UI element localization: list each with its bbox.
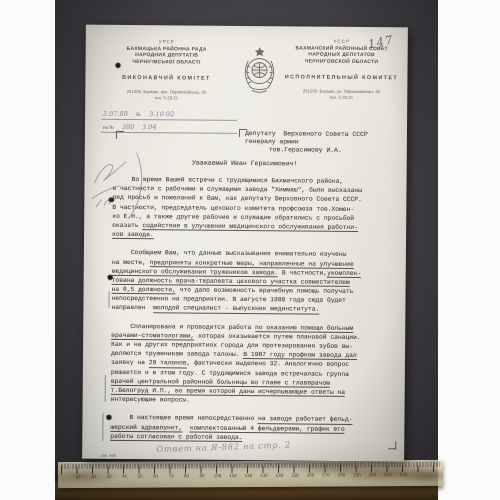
ruler-number: 110	[229, 473, 236, 478]
ruler-number: 120	[245, 473, 253, 478]
letterhead-phone-right: тел. 5-28-21	[279, 94, 403, 100]
addressee-block: Депутату Верховного Совета СССР генералу…	[245, 130, 368, 154]
paragraph: Спланирована и проводится работа по оказ…	[111, 321, 386, 406]
letterhead-left: УРСР БАХМАЦЬКА РАЙОННА РАДА НАРОДНИХ ДЕП…	[91, 39, 242, 101]
scan-margin-right	[438, 0, 500, 500]
letterhead-phone-left: тел. 5-28-21	[91, 94, 241, 101]
ref-date-handwritten: 5.07.88	[103, 110, 128, 118]
ruler-number: 180	[338, 472, 346, 477]
pencil-margin-line	[105, 375, 106, 402]
letterhead-committee-left: ВИКОНАВЧИЙ КОМІТЕТ	[91, 75, 241, 82]
pencil-margin-line	[102, 413, 103, 441]
ref-line-date: 5.07.88 № 3-10-92	[101, 107, 237, 121]
salutation: Уважаемый Иван Герасимович!	[145, 159, 345, 168]
coat-of-arms-icon	[242, 46, 276, 96]
letter-document: 147 УРСР БАХМАЦЬКА РАЙОННА РАДА НАРОДНИХ…	[82, 25, 408, 462]
ruler-number: 10	[75, 474, 80, 479]
addressee-line: тов.Герасимову И.А.	[245, 146, 368, 155]
ruler-number: 150	[291, 473, 299, 478]
ruler-number: 30	[106, 474, 111, 479]
pencil-margin-line	[108, 291, 109, 308]
page-corner-mark	[388, 441, 396, 449]
paragraph: Сообщаем Вам, что данные высказывания вн…	[111, 248, 386, 315]
letterhead-right: УССР БАХМАЧСКИЙ РАЙОННЫЙ СОВЕТ НАРОДНЫХ …	[279, 38, 404, 100]
ruler-number: 80	[184, 473, 189, 478]
photo-background: 1020304050607080901001101201301401501601…	[0, 0, 500, 500]
paragraph: В настоящее время непосредственно на зав…	[110, 413, 384, 443]
ref-number-handwritten: 3-10-92	[149, 110, 174, 118]
letter-body: Во время Вашей встречи с трудящимися Бах…	[110, 175, 386, 452]
margin-scribble	[86, 149, 143, 221]
print-order-note: Зак. 460	[100, 453, 116, 458]
ruler-number: 130	[260, 473, 268, 478]
ruler-number: 140	[276, 473, 284, 478]
ruler-number: 90	[199, 473, 204, 478]
ruler-number: 160	[307, 473, 315, 478]
ruler-numbers: 1020304050607080901001101201301401501601…	[58, 461, 443, 488]
ref-number-label: №	[136, 113, 141, 118]
ruler-number: 50	[137, 474, 142, 479]
ref-reply-date-handwritten: 3.04	[142, 123, 157, 131]
letterhead-org-line: ЧЕРНІГІВСЬКОЇ ОБЛАСТІ	[92, 58, 242, 66]
reference-block: 5.07.88 № 3-10-92 на № 380 3.04	[101, 107, 237, 134]
ref-reply-label: на №	[103, 126, 114, 131]
ruler: 1020304050607080901001101201301401501601…	[58, 460, 443, 488]
scan-margin-left	[0, 0, 55, 500]
letterhead-committee-right: ИСПОЛНИТЕЛЬНЫЙ КОМИТЕТ	[279, 75, 403, 82]
letterhead-country-left: УРСР	[92, 39, 242, 45]
ruler-number: 100	[214, 473, 222, 478]
ref-reply-number-handwritten: 380	[122, 123, 134, 131]
ruler-number: 60	[153, 474, 158, 479]
ruler-number: 200	[369, 472, 377, 477]
ruler-number: 220	[400, 472, 408, 477]
ruler-number: 170	[322, 473, 330, 478]
ruler-number: 20	[91, 474, 96, 479]
ruler-number: 40	[122, 474, 127, 479]
paragraph: Во время Вашей встречи с трудящимися Бах…	[112, 175, 387, 242]
ruler-number: 70	[168, 473, 173, 478]
address-corner-mark	[116, 131, 124, 139]
photo-strip: 1020304050607080901001101201301401501601…	[55, 0, 438, 500]
ruler-number: 190	[353, 472, 361, 477]
letterhead-country-right: УССР	[280, 38, 404, 44]
letterhead-org-line: ЧЕРНИГОВСКОЙ ОБЛАСТИ	[280, 58, 404, 65]
ruler-number: 210	[384, 472, 392, 477]
